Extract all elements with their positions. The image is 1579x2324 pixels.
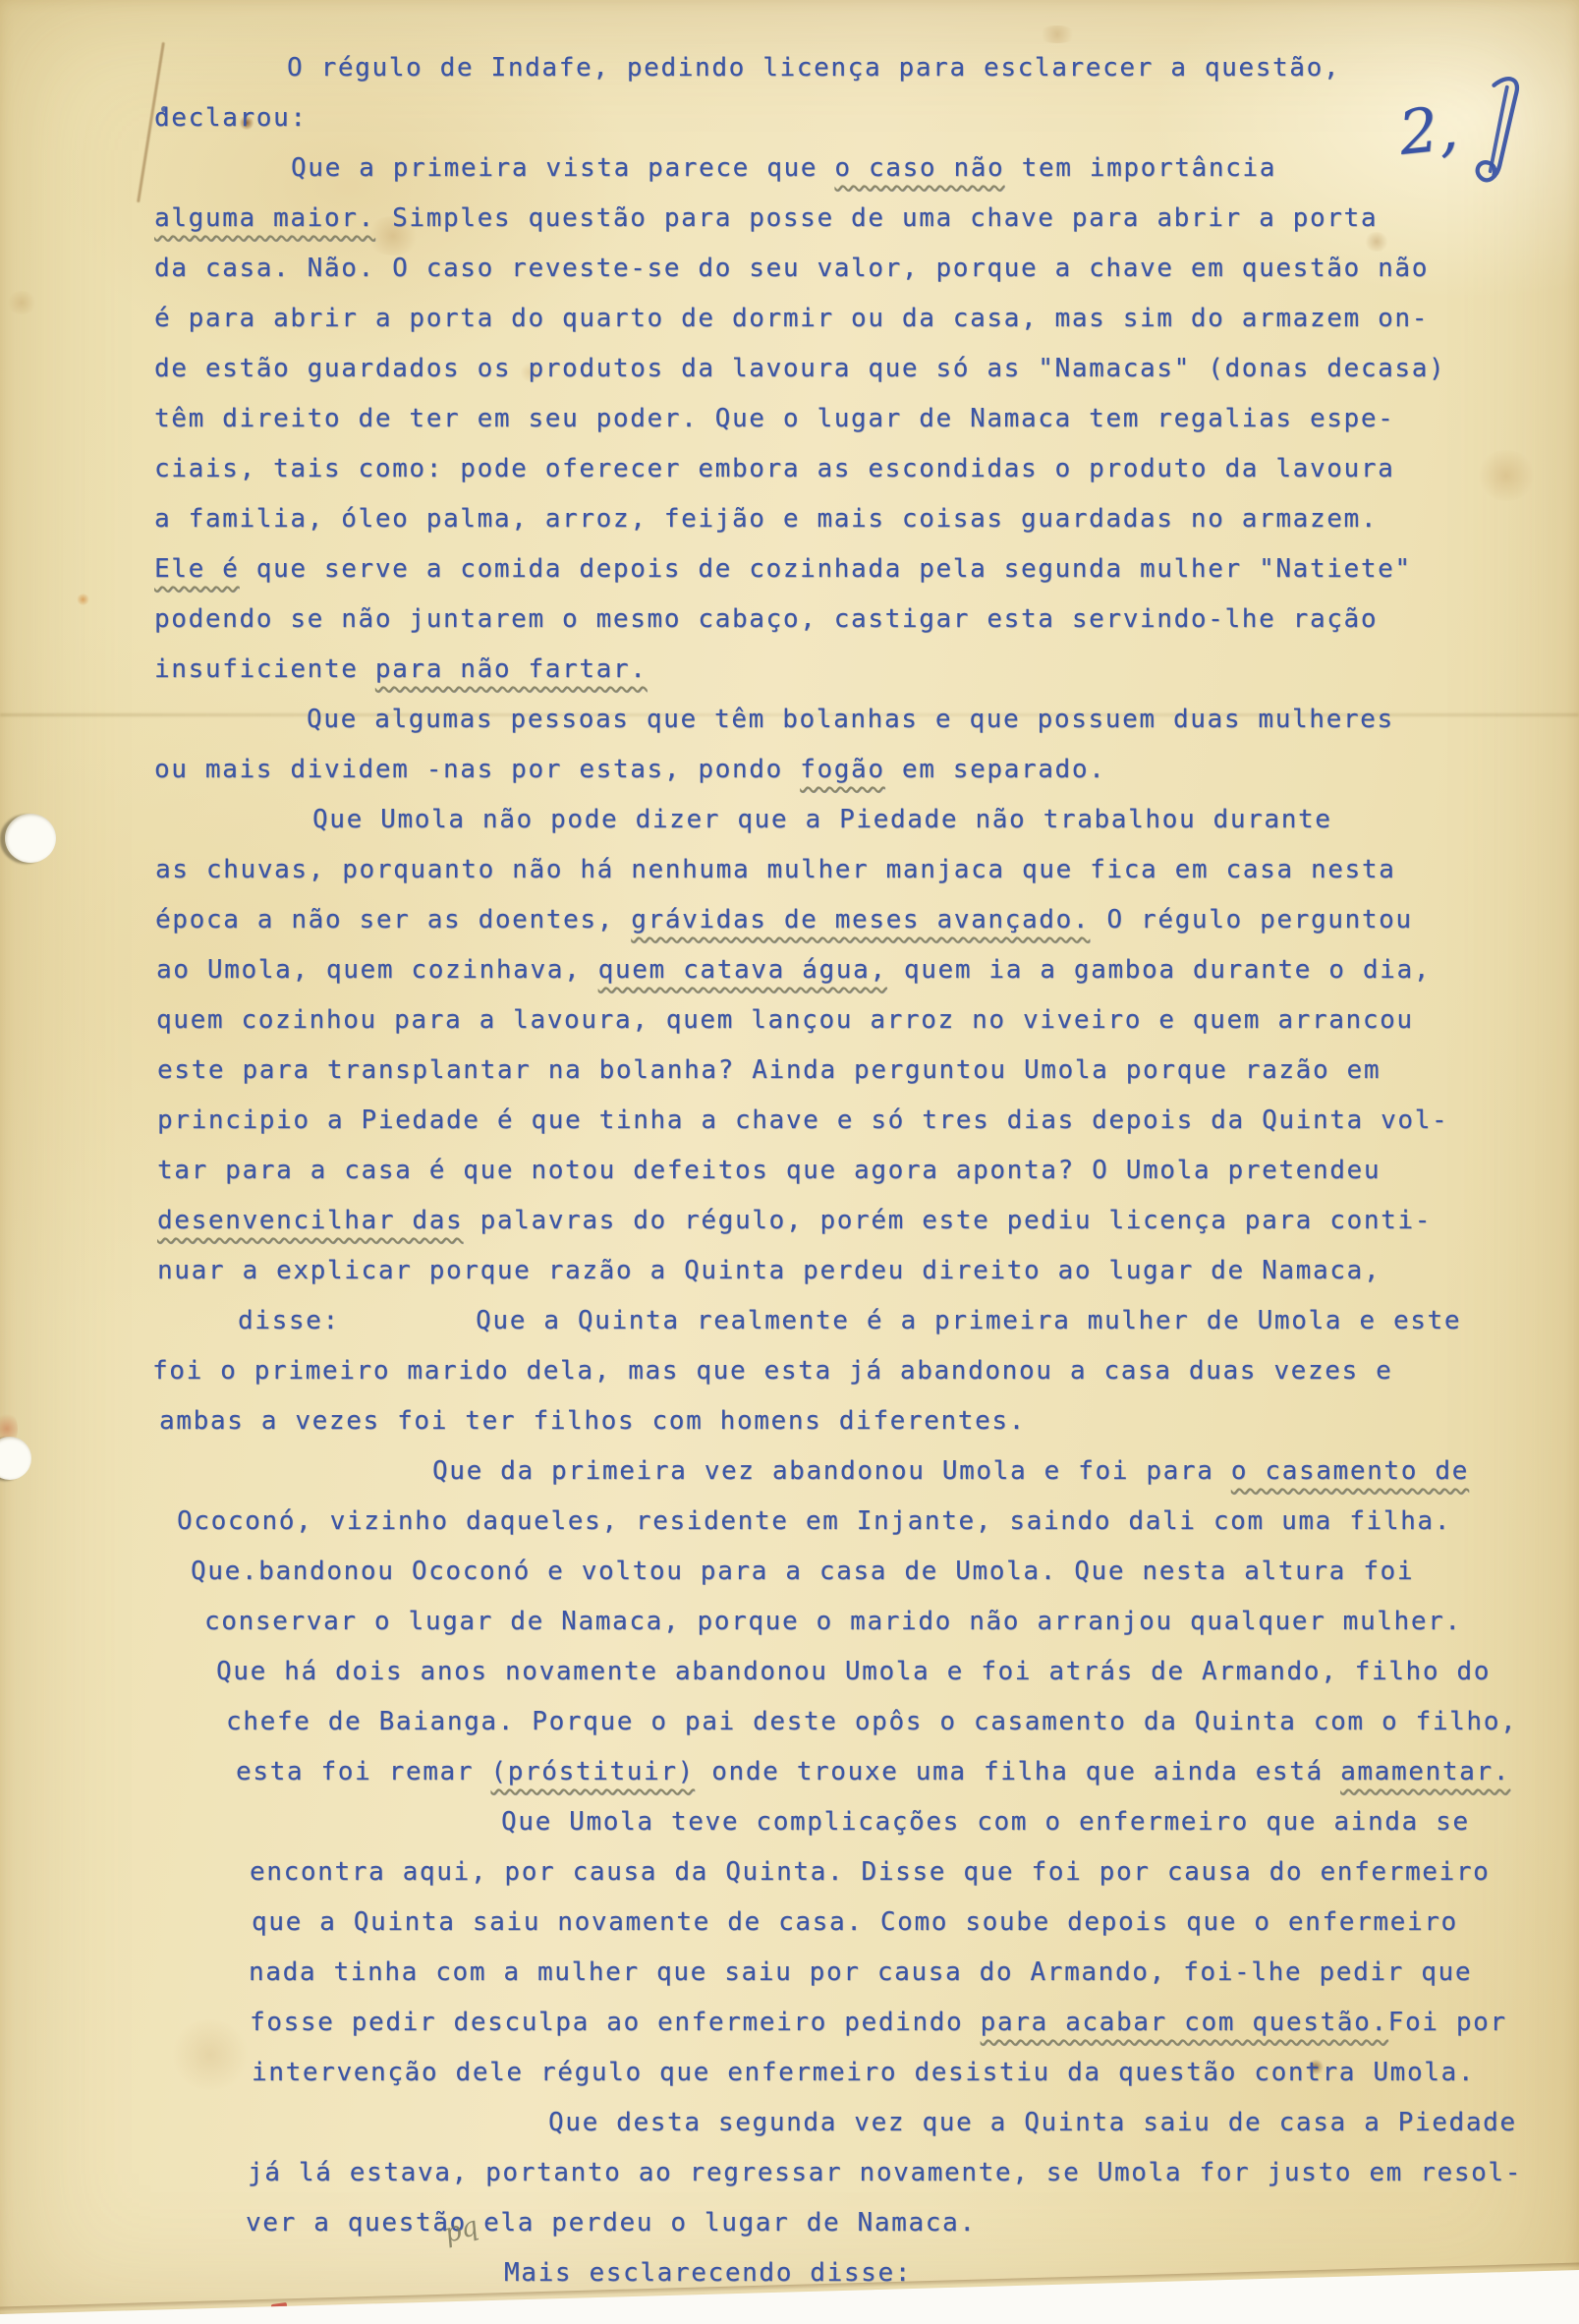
document-line: Que.bandonou Ococonó e voltou para a cas… — [152, 1547, 1567, 1597]
underlined-text: para não fartar. — [375, 654, 648, 684]
text-segment: Que.bandonou Ococonó e voltou para a cas… — [191, 1557, 1414, 1586]
text-segment: época a não ser as doentes, — [155, 905, 631, 935]
text-segment: em separado. — [885, 755, 1106, 784]
document-line: conservar o lugar de Namaca, porque o ma… — [152, 1597, 1567, 1647]
underlined-text: alguma maior. — [154, 203, 375, 233]
text-segment: conservar o lugar de Namaca, porque o ma… — [204, 1607, 1462, 1636]
text-segment: ambas a vezes foi ter filhos com homens … — [159, 1406, 1026, 1436]
document-line: disse: Que a Quinta realmente é a primei… — [152, 1296, 1567, 1346]
underlined-text: quem catava água, — [598, 955, 887, 985]
text-segment: chefe de Baianga. Porque o pai deste opô… — [226, 1707, 1517, 1736]
text-segment: O régulo de Indafe, pedindo licença para… — [287, 53, 1340, 83]
document-line: nada tinha com a mulher que saiu por cau… — [152, 1948, 1567, 1998]
text-segment: esta foi remar — [236, 1757, 490, 1786]
document-line: podendo se não juntarem o mesmo cabaço, … — [152, 595, 1567, 645]
text-segment: que a Quinta saiu novamente de casa. Com… — [252, 1907, 1458, 1937]
document-line: Ele é que serve a comida depois de cozin… — [152, 544, 1567, 595]
document-line: fosse pedir desculpa ao enfermeiro pedin… — [152, 1998, 1567, 2048]
document-line: tar para a casa é que notou defeitos que… — [152, 1146, 1567, 1196]
document-line: Que algumas pessoas que têm bolanhas e q… — [152, 695, 1567, 745]
document-line: O régulo de Indafe, pedindo licença para… — [152, 43, 1567, 93]
text-segment: fosse pedir desculpa ao enfermeiro pedin… — [250, 2008, 981, 2037]
document-line: foi o primeiro marido dela, mas que esta… — [152, 1346, 1567, 1396]
document-line: Que da primeira vez abandonou Umola e fo… — [152, 1446, 1567, 1497]
document-line: de estão guardados os produtos da lavour… — [152, 344, 1567, 394]
document-line: ver a questão ela perdeu o lugar de Nama… — [152, 2198, 1567, 2248]
document-line: já lá estava, portanto ao regressar nova… — [152, 2148, 1567, 2198]
text-segment: Foi por — [1388, 2008, 1507, 2037]
underlined-text: grávidas de meses avançado. — [631, 905, 1090, 935]
text-segment: O régulo perguntou — [1090, 905, 1413, 935]
document-line: é para abrir a porta do quarto de dormir… — [152, 294, 1567, 344]
document-line: nuar a explicar porque razão a Quinta pe… — [152, 1246, 1567, 1296]
text-segment: Que Umola teve complicações com o enferm… — [501, 1807, 1470, 1837]
text-segment: Simples questão para posse de uma chave … — [375, 203, 1378, 233]
text-segment: quem cozinhou para a lavoura, quem lanço… — [156, 1005, 1414, 1035]
text-segment: as chuvas, porquanto não há nenhuma mulh… — [155, 855, 1395, 884]
text-segment: intervenção dele régulo que enfermeiro d… — [252, 2058, 1475, 2087]
red-speck — [1100, 2283, 1111, 2288]
text-segment: Que Umola não pode dizer que a Piedade n… — [312, 805, 1332, 834]
text-segment: onde trouxe uma filha que ainda está — [695, 1757, 1340, 1786]
stain — [77, 594, 89, 605]
paraph-flourish — [1466, 69, 1541, 206]
document-line: a familia, óleo palma, arroz, feijão e m… — [152, 494, 1567, 544]
document-line: Ococonó, vizinho daqueles, residente em … — [152, 1497, 1567, 1547]
document-line: chefe de Baianga. Porque o pai deste opô… — [152, 1697, 1567, 1747]
text-segment: de estão guardados os produtos da lavour… — [154, 354, 1445, 383]
underlined-text: desenvencilhar das — [157, 1206, 463, 1235]
punch-hole — [0, 1437, 31, 1480]
page-number-annotation: 2, — [1395, 91, 1460, 169]
text-segment: ou mais dividem -nas por estas, pondo — [154, 755, 800, 784]
document-line: intervenção dele régulo que enfermeiro d… — [152, 2048, 1567, 2098]
punch-hole — [5, 814, 56, 863]
text-segment: foi o primeiro marido dela, mas que esta… — [152, 1356, 1392, 1386]
text-segment: que serve a comida depois de cozinhada p… — [239, 554, 1411, 584]
text-segment: Que algumas pessoas que têm bolanhas e q… — [307, 705, 1394, 734]
underlined-text: o casamento de — [1231, 1456, 1469, 1486]
document-text: O régulo de Indafe, pedindo licença para… — [152, 43, 1567, 2298]
text-segment: Que desta segunda vez que a Quinta saiu … — [548, 2108, 1517, 2137]
document-line: esta foi remar (próstituir) onde trouxe … — [152, 1747, 1567, 1797]
document-line: ambas a vezes foi ter filhos com homens … — [152, 1396, 1567, 1446]
text-segment: a familia, óleo palma, arroz, feijão e m… — [154, 504, 1378, 534]
document-line: declarou: — [152, 93, 1567, 143]
scanned-document-page: O régulo de Indafe, pedindo licença para… — [0, 0, 1579, 2324]
text-segment: ciais, tais como: pode oferecer embora a… — [154, 454, 1394, 483]
underlined-text: (próstituir) — [490, 1757, 695, 1786]
document-line: Que Umola teve complicações com o enferm… — [152, 1797, 1567, 1847]
stain — [6, 291, 37, 314]
text-segment: ver a questão ela perdeu o lugar de Nama… — [246, 2208, 977, 2238]
text-segment: Que a Quinta realmente é a primeira mulh… — [340, 1306, 1461, 1335]
underlined-text: o caso não — [834, 153, 1004, 183]
document-line: insuficiente para não fartar. — [152, 645, 1567, 695]
document-line: época a não ser as doentes, grávidas de … — [152, 895, 1567, 945]
document-line: Que a primeira vista parece que o caso n… — [152, 143, 1567, 194]
text-segment: é para abrir a porta do quarto de dormir… — [154, 304, 1429, 333]
text-segment: Que da primeira vez abandonou Umola e fo… — [432, 1456, 1231, 1486]
text-segment: insuficiente — [154, 654, 375, 684]
document-line: encontra aqui, por causa da Quinta. Diss… — [152, 1847, 1567, 1898]
text-segment: tem importância — [1004, 153, 1276, 183]
document-line: ao Umola, quem cozinhava, quem catava ág… — [152, 945, 1567, 995]
text-segment: Que a primeira vista parece que — [291, 153, 834, 183]
document-line: alguma maior. Simples questão para posse… — [152, 194, 1567, 244]
text-segment: têm direito de ter em seu poder. Que o l… — [154, 404, 1394, 433]
document-line: têm direito de ter em seu poder. Que o l… — [152, 394, 1567, 444]
text-segment: nuar a explicar porque razão a Quinta pe… — [157, 1256, 1381, 1285]
document-line: desenvencilhar das palavras do régulo, p… — [152, 1196, 1567, 1246]
underlined-text: amamentar. — [1340, 1757, 1510, 1786]
text-segment: encontra aqui, por causa da Quinta. Diss… — [250, 1857, 1490, 1887]
stain — [1037, 26, 1078, 43]
text-segment: podendo se não juntarem o mesmo cabaço, … — [154, 604, 1378, 634]
text-segment: já lá estava, portanto ao regressar nova… — [248, 2158, 1522, 2187]
document-line: Que há dois anos novamente abandonou Umo… — [152, 1647, 1567, 1697]
underlined-text: fogão — [800, 755, 884, 784]
text-segment: ao Umola, quem cozinhava, — [156, 955, 598, 985]
document-line: Que desta segunda vez que a Quinta saiu … — [152, 2098, 1567, 2148]
document-line: ou mais dividem -nas por estas, pondo fo… — [152, 745, 1567, 795]
document-line: principio a Piedade é que tinha a chave … — [152, 1096, 1567, 1146]
text-segment: Ococonó, vizinho daqueles, residente em … — [177, 1506, 1451, 1536]
text-segment: Que há dois anos novamente abandonou Umo… — [216, 1657, 1491, 1686]
document-line: as chuvas, porquanto não há nenhuma mulh… — [152, 845, 1567, 895]
document-line: da casa. Não. O caso reveste-se do seu v… — [152, 244, 1567, 294]
paper-sheet: O régulo de Indafe, pedindo licença para… — [0, 0, 1579, 2324]
text-segment: tar para a casa é que notou defeitos que… — [157, 1156, 1381, 1185]
text-segment: este para transplantar na bolanha? Ainda… — [157, 1055, 1381, 1085]
document-line: que a Quinta saiu novamente de casa. Com… — [152, 1898, 1567, 1948]
document-line: ciais, tais como: pode oferecer embora a… — [152, 444, 1567, 494]
document-line: este para transplantar na bolanha? Ainda… — [152, 1046, 1567, 1096]
underlined-text: para acabar com questão. — [981, 2008, 1388, 2037]
text-segment: declarou: — [154, 103, 308, 133]
text-segment: nada tinha com a mulher que saiu por cau… — [249, 1957, 1472, 1987]
text-segment: principio a Piedade é que tinha a chave … — [157, 1105, 1448, 1135]
document-line: Que Umola não pode dizer que a Piedade n… — [152, 795, 1567, 845]
text-segment: da casa. Não. O caso reveste-se do seu v… — [154, 254, 1429, 283]
underlined-text: Ele é — [154, 554, 239, 584]
text-segment: quem ia a gamboa durante o dia, — [887, 955, 1431, 985]
document-line: quem cozinhou para a lavoura, quem lanço… — [152, 995, 1567, 1046]
text-segment: palavras do régulo, porém este pediu lic… — [463, 1206, 1432, 1235]
text-segment: disse: — [238, 1306, 340, 1335]
